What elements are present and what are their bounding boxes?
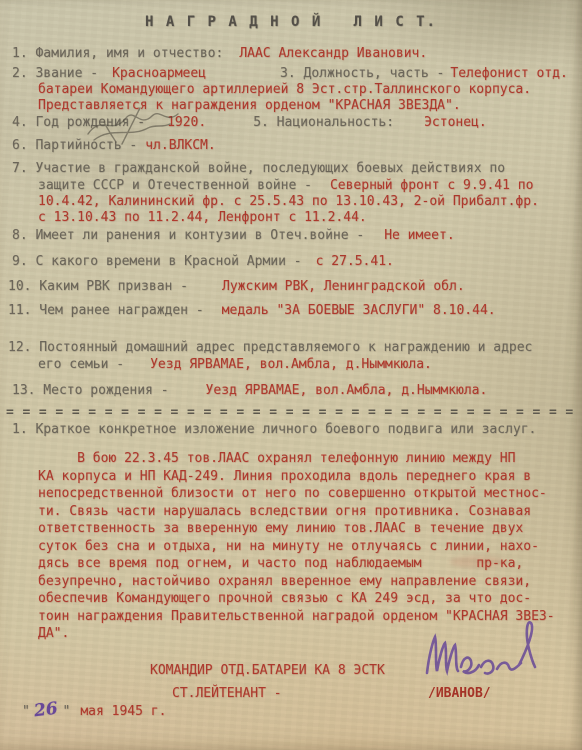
award-sheet-document: Н А Г Р А Д Н О Й Л И С Т. 1. Фамилия, и… [0, 0, 582, 750]
field-family-label: его семьи - [38, 357, 124, 372]
citation-section-heading: 1. Краткое конкретное изложение личного … [12, 422, 536, 438]
field-war-participation-line2: защите СССР и Отечественной войне -Север… [38, 178, 533, 194]
faded-ink-smudge [450, 556, 505, 568]
citation-line: обеспечив Командующего прочной связью с … [38, 590, 555, 608]
document-title: Н А Г Р А Д Н О Й Л И С Т. [0, 14, 582, 30]
field-nationality-label: 5. Национальность: [253, 115, 394, 130]
commander-rank-line: СТ.ЛЕЙТЕНАНТ - [172, 686, 282, 702]
field-army-since-value: с 27.5.41. [316, 254, 394, 269]
commander-title-line: КОМАНДИР ОТД.БАТАРЕИ КА 8 ЭСТК [150, 663, 385, 679]
date-line: "26"мая 1945 г. [22, 702, 166, 720]
field-home-address-value: Уезд ЯРВАМАЕ, вол.Амбла, д.Ныммкюла. [150, 357, 432, 372]
field-rank-and-position: 2. Звание -Красноармеец3. Должность, час… [12, 66, 568, 82]
field-previous-awards-value: медаль "ЗА БОЕВЫЕ ЗАСЛУГИ" 8.10.44. [222, 303, 496, 318]
close-quote: " [63, 704, 71, 719]
date-text: мая 1945 г. [80, 704, 166, 719]
section-divider: = = = = = = = = = = = = = = = = = = = = … [6, 405, 582, 421]
citation-line: В бою 22.3.45 тов.ЛААС охранял телефонну… [38, 450, 555, 468]
commander-name: /ИВАНОВ/ [428, 686, 491, 702]
field-drafted-by: 10. Каким РВК призван -Лужским РВК, Лени… [8, 279, 465, 295]
open-quote: " [22, 704, 30, 719]
handwritten-day: 26 [33, 701, 58, 720]
field-previous-awards-label: 11. Чем ранее награжден - [8, 303, 204, 318]
field-fronts-value1: Северный фронт с 9.9.41 по [330, 178, 534, 193]
field-wounds-value: Не имеет. [384, 228, 454, 243]
citation-line: непосредственной близости от него по сов… [38, 485, 555, 503]
field-position-label: 3. Должность, часть - [280, 66, 444, 81]
field-position-value: Телефонист отд. [450, 66, 567, 81]
field-name-label: 1. Фамилия, имя и отчество: [12, 46, 223, 61]
field-position-continuation: батареи Командующего артиллерией 8 Эст.с… [38, 82, 531, 98]
citation-line: суток без сна и отдыха, ни на минуту не … [38, 538, 555, 556]
field-birthplace-label: 13. Место рождения - [12, 383, 169, 398]
field-army-since-label: 9. С какого времени в Красной Армии - [12, 254, 302, 269]
field-fronts-value2: 10.4.42, Калининский фр. с 25.5.43 по 13… [38, 194, 539, 210]
field-war-participation-label2: защите СССР и Отечественной войне - [38, 178, 312, 193]
field-drafted-by-label: 10. Каким РВК призван - [8, 279, 188, 294]
combat-citation-paragraph: В бою 22.3.45 тов.ЛААС охранял телефонну… [38, 450, 555, 643]
citation-line: ти. Связь части нарушалась вследствии ог… [38, 503, 555, 521]
citation-line: КА корпуса и НП КАД-249. Линия проходила… [38, 468, 555, 486]
field-army-since: 9. С какого времени в Красной Армии -с 2… [12, 254, 394, 270]
field-name: 1. Фамилия, имя и отчество:ЛААС Александ… [12, 46, 427, 62]
field-nationality-value: Эстонец. [424, 115, 487, 130]
field-birthplace-value: Уезд ЯРВАМАЕ, вол.Амбла, д.Ныммкюла. [206, 383, 488, 398]
field-rank-label: 2. Звание - [12, 66, 98, 81]
field-birthplace: 13. Место рождения -Уезд ЯРВАМАЕ, вол.Ам… [12, 383, 487, 399]
field-fronts-value3: с 13.10.43 по 11.2.44, Ленфронт с 11.2.4… [38, 210, 367, 226]
citation-line: безупречно, настойчиво охранял вверенное… [38, 573, 555, 591]
field-wounds: 8. Имеет ли ранения и контузии в Отеч.во… [12, 228, 455, 244]
citation-line: ответственность за вверенную ему линию т… [38, 520, 555, 538]
pencil-scribble [82, 102, 192, 147]
field-wounds-label: 8. Имеет ли ранения и контузии в Отеч.во… [12, 228, 364, 243]
field-previous-awards: 11. Чем ранее награжден -медаль "ЗА БОЕВ… [8, 303, 496, 319]
field-war-participation-label: 7. Участие в гражданской войне, последую… [12, 161, 505, 177]
field-home-address-line2: его семьи -Уезд ЯРВАМАЕ, вол.Амбла, д.Ны… [38, 357, 432, 373]
field-drafted-by-value: Лужским РВК, Ленинградской обл. [222, 279, 465, 294]
field-name-value: ЛААС Александр Иванович. [239, 46, 427, 61]
signature-handwriting [415, 615, 555, 685]
field-rank-value: Красноармеец [112, 66, 206, 81]
field-home-address-label: 12. Постоянный домашний адрес представля… [8, 340, 532, 356]
